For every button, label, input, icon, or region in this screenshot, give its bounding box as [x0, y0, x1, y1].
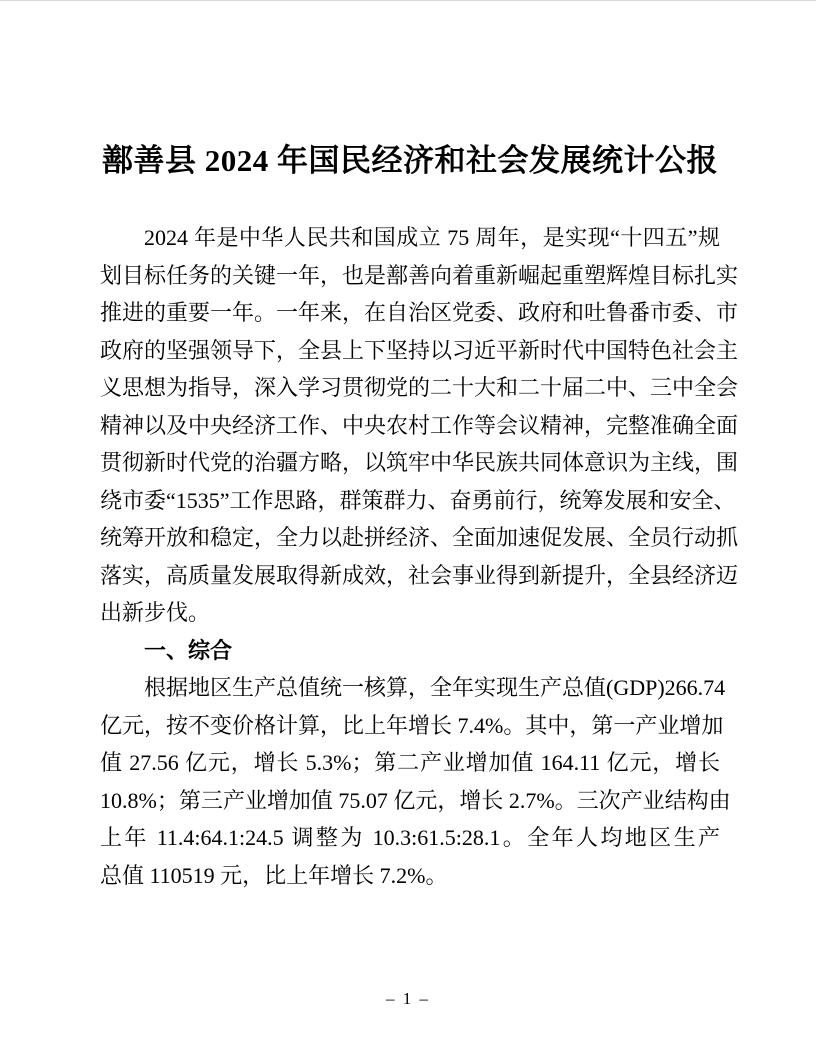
section-heading: 一、综合	[100, 632, 720, 670]
paragraph: 2024 年是中华人民共和国成立 75 周年，是实现“十四五”规划目标任务的关键…	[100, 219, 720, 632]
text-line: 统筹开放和稳定，全力以赴拼经济、全面加速促发展、全员行动抓	[100, 519, 720, 557]
paragraph: 根据地区生产总值统一核算，全年实现生产总值(GDP)266.74亿元，按不变价格…	[100, 669, 720, 894]
document-page: 鄯善县 2024 年国民经济和社会发展统计公报 2024 年是中华人民共和国成立…	[0, 0, 816, 1056]
page-number: – 1 –	[0, 989, 816, 1009]
text-line: 推进的重要一年。一年来，在自治区党委、政府和吐鲁番市委、市	[100, 294, 720, 332]
text-line: 值 27.56 亿元，增长 5.3%；第二产业增加值 164.11 亿元，增长	[100, 744, 720, 782]
text-line: 上年 11.4:64.1:24.5 调整为 10.3:61.5:28.1。全年人…	[100, 819, 720, 857]
text-line: 2024 年是中华人民共和国成立 75 周年，是实现“十四五”规	[100, 219, 720, 257]
text-line: 绕市委“1535”工作思路，群策群力、奋勇前行，统筹发展和安全、	[100, 482, 720, 520]
text-line: 总值 110519 元，比上年增长 7.2%。	[100, 857, 720, 895]
text-line: 根据地区生产总值统一核算，全年实现生产总值(GDP)266.74	[100, 669, 720, 707]
text-line: 政府的坚强领导下，全县上下坚持以习近平新时代中国特色社会主	[100, 332, 720, 370]
document-body: 2024 年是中华人民共和国成立 75 周年，是实现“十四五”规划目标任务的关键…	[100, 219, 720, 894]
document-title: 鄯善县 2024 年国民经济和社会发展统计公报	[100, 137, 720, 185]
text-line: 贯彻新时代党的治疆方略，以筑牢中华民族共同体意识为主线，围	[100, 444, 720, 482]
text-line: 义思想为指导，深入学习贯彻党的二十大和二十届二中、三中全会	[100, 369, 720, 407]
text-line: 落实，高质量发展取得新成效，社会事业得到新提升，全县经济迈	[100, 557, 720, 595]
text-line: 划目标任务的关键一年，也是鄯善向着重新崛起重塑辉煌目标扎实	[100, 257, 720, 295]
text-line: 10.8%；第三产业增加值 75.07 亿元，增长 2.7%。三次产业结构由	[100, 782, 720, 820]
text-line: 亿元，按不变价格计算，比上年增长 7.4%。其中，第一产业增加	[100, 707, 720, 745]
text-line: 精神以及中央经济工作、中央农村工作等会议精神，完整准确全面	[100, 407, 720, 445]
text-line: 出新步伐。	[100, 594, 720, 632]
